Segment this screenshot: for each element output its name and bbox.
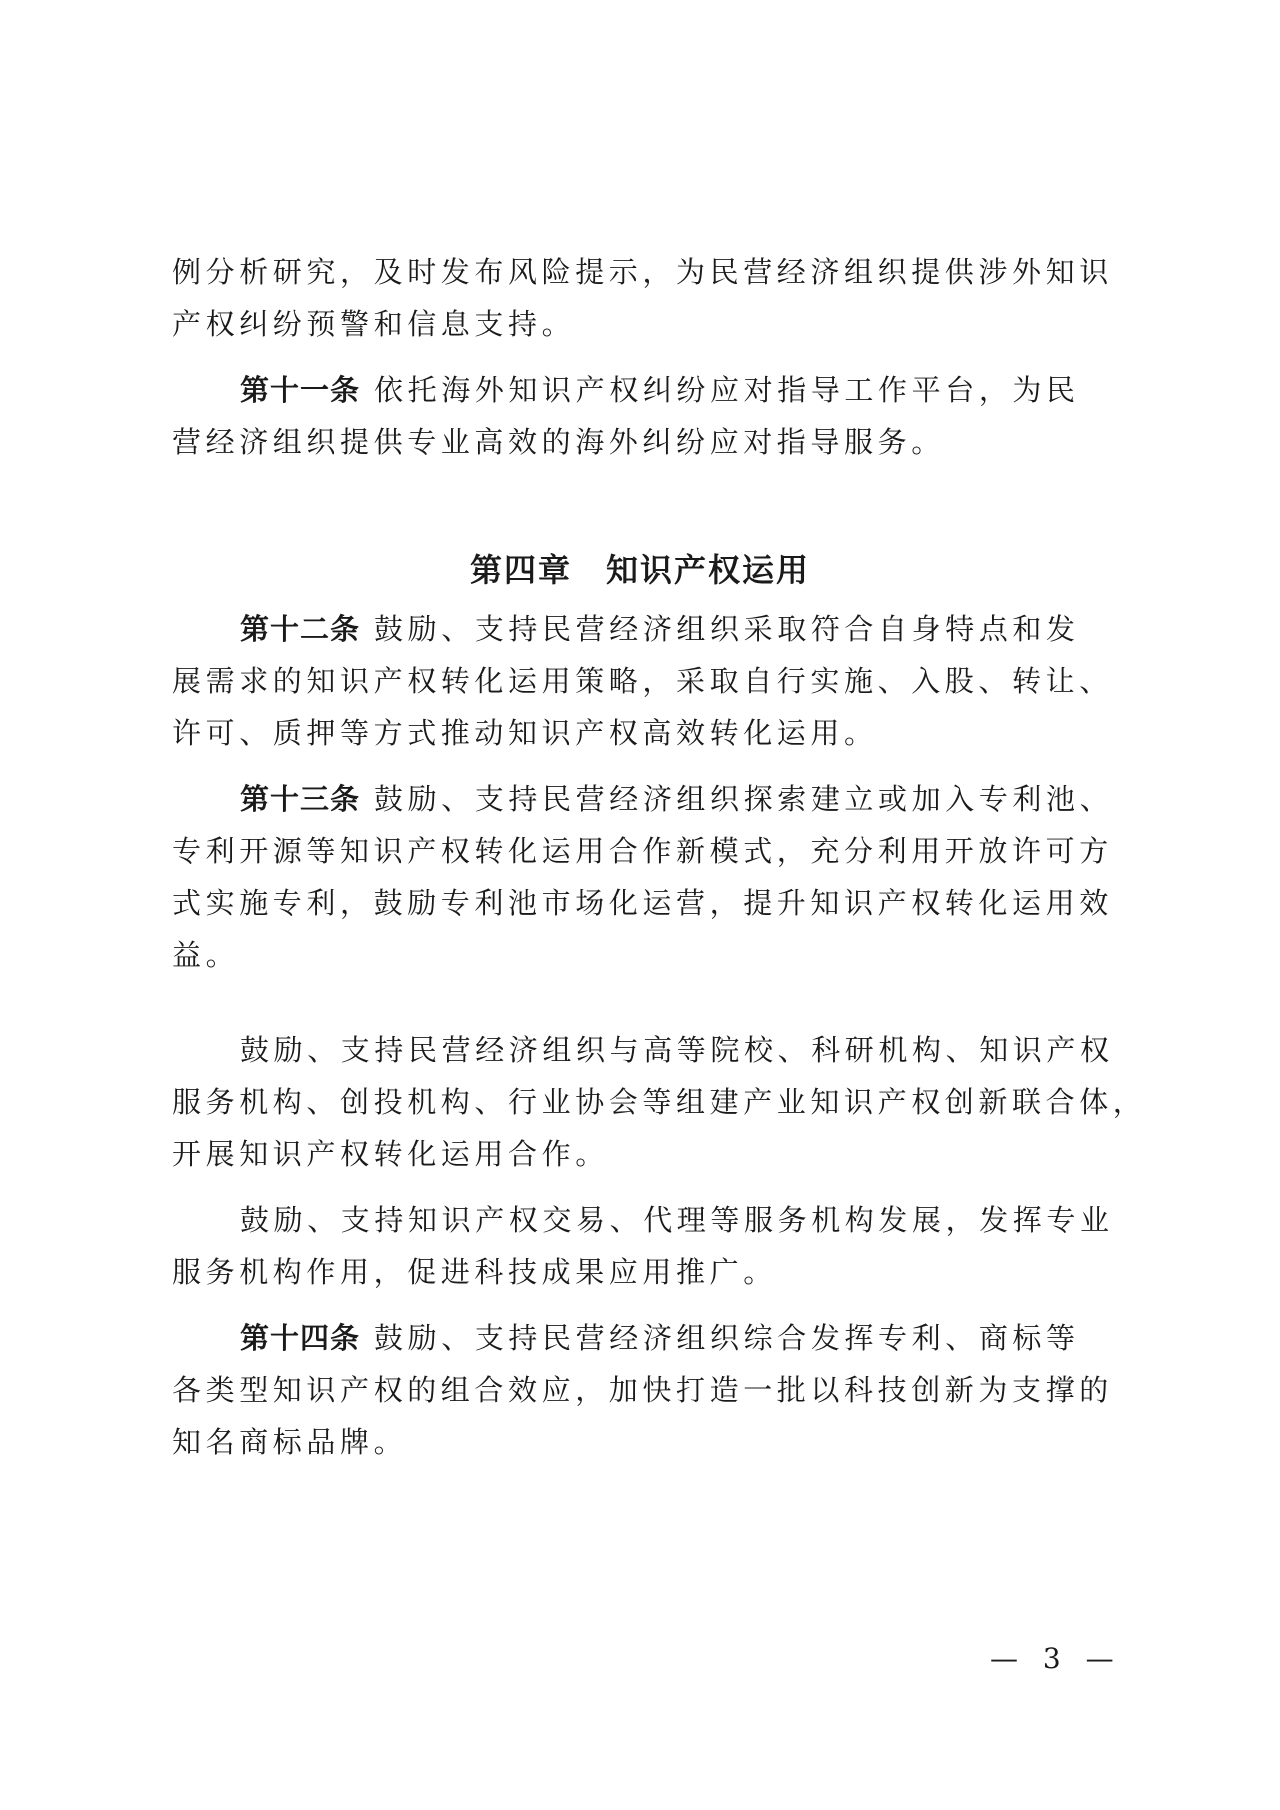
article-14-line: 第十四条鼓励、支持民营经济组织综合发挥专利、商标等: [240, 1318, 1122, 1358]
text-span: 鼓励、支持民营经济组织采取符合自身特点和发: [374, 612, 1080, 646]
text-line: 各类型知识产权的组合效应，加快打造一批以科技创新为支撑的: [172, 1370, 1122, 1410]
article-number: 第十一条: [240, 373, 360, 407]
text-line: 产权纠纷预警和信息支持。: [172, 304, 1122, 344]
article-11-line: 第十一条依托海外知识产权纠纷应对指导工作平台，为民: [240, 370, 1122, 410]
text-line: 许可、质押等方式推动知识产权高效转化运用。: [172, 713, 1122, 753]
text-line: 营经济组织提供专业高效的海外纠纷应对指导服务。: [172, 422, 1122, 462]
chapter-heading: 第四章知识产权运用: [0, 548, 1280, 592]
text-span: 依托海外知识产权纠纷应对指导工作平台，为民: [374, 373, 1080, 407]
text-line: 展需求的知识产权转化运用策略，采取自行实施、入股、转让、: [172, 661, 1122, 701]
article-number: 第十三条: [240, 782, 360, 816]
text-span: 鼓励、支持民营经济组织探索建立或加入专利池、: [374, 782, 1113, 816]
text-line: 例分析研究，及时发布风险提示，为民营经济组织提供涉外知识: [172, 252, 1122, 292]
chapter-number: 第四章: [470, 551, 572, 589]
text-line: 式实施专利，鼓励专利池市场化运营，提升知识产权转化运用效: [172, 883, 1122, 923]
text-line: 服务机构作用，促进科技成果应用推广。: [172, 1252, 1122, 1292]
article-13-line: 第十三条鼓励、支持民营经济组织探索建立或加入专利池、: [240, 779, 1122, 819]
chapter-title: 知识产权运用: [606, 551, 810, 589]
article-12-line: 第十二条鼓励、支持民营经济组织采取符合自身特点和发: [240, 609, 1122, 649]
text-line: 专利开源等知识产权转化运用合作新模式，充分利用开放许可方: [172, 831, 1122, 871]
document-page: 例分析研究，及时发布风险提示，为民营经济组织提供涉外知识 产权纠纷预警和信息支持…: [0, 0, 1280, 1810]
article-number: 第十四条: [240, 1321, 360, 1355]
text-line: 服务机构、创投机构、行业协会等组建产业知识产权创新联合体，: [172, 1082, 1122, 1122]
text-line: 知名商标品牌。: [172, 1422, 1122, 1462]
article-number: 第十二条: [240, 612, 360, 646]
text-line: 鼓励、支持知识产权交易、代理等服务机构发展，发挥专业: [240, 1200, 1122, 1240]
text-line: 鼓励、支持民营经济组织与高等院校、科研机构、知识产权: [240, 1030, 1122, 1070]
text-span: 鼓励、支持民营经济组织综合发挥专利、商标等: [374, 1321, 1080, 1355]
page-number: — 3 —: [990, 1643, 1122, 1675]
text-line: 开展知识产权转化运用合作。: [172, 1134, 1122, 1174]
text-line: 益。: [172, 935, 1122, 975]
